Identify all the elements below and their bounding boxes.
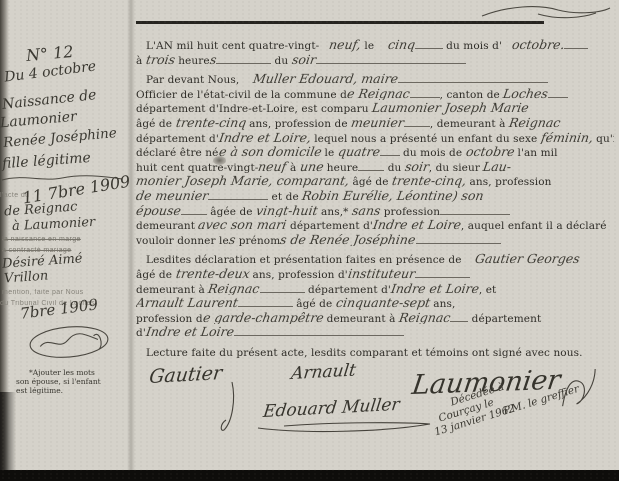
printed-text: âgé de bbox=[136, 269, 176, 281]
blank-flourish bbox=[234, 325, 404, 336]
handwritten-entry: Indre et Loire bbox=[372, 218, 462, 232]
handwritten-entry: cinq bbox=[376, 38, 416, 52]
act-line: demeurant avec son mari département d'In… bbox=[136, 217, 614, 232]
blank-flourish bbox=[416, 233, 501, 244]
blank-flourish bbox=[564, 38, 588, 49]
footnote-line: son épouse, si l'enfant bbox=[16, 377, 124, 386]
printed-text: qu'il a bbox=[593, 133, 614, 145]
mention-stamp-mention: mention, faite par Nous bbox=[2, 289, 84, 296]
blank-flourish bbox=[440, 204, 510, 215]
handwritten-entry: Reignac bbox=[508, 116, 562, 130]
blank-flourish bbox=[450, 311, 468, 322]
signature-witness-arnault: Arnault bbox=[290, 360, 357, 384]
printed-text: Officier de l'état-civil de la commune d bbox=[136, 89, 347, 101]
handwritten-entry: Reignac bbox=[398, 311, 452, 325]
footnote-line: *Ajouter les mots bbox=[16, 368, 124, 377]
printed-text: L'AN mil huit cent quatre-vingt- bbox=[146, 40, 319, 52]
handwritten-entry: neuf bbox=[257, 160, 288, 174]
blank-flourish bbox=[404, 116, 430, 127]
handwritten-entry: quatre bbox=[336, 145, 380, 159]
printed-text: ans, bbox=[430, 298, 456, 310]
handwritten-entry: monier Joseph Marie, comparant, bbox=[136, 174, 350, 188]
mention-name: à Laumonier bbox=[12, 215, 96, 234]
printed-text: heure bbox=[323, 162, 358, 174]
printed-text: département d'Indre-et-Loire, est compar… bbox=[136, 103, 372, 115]
signature-mayor-muller: Edouard Muller bbox=[262, 395, 401, 422]
printed-text: ans, profession bbox=[466, 176, 551, 188]
handwritten-entry: trente-deux bbox=[174, 267, 250, 281]
blank-flourish bbox=[238, 296, 293, 307]
handwritten-entry: Indre et Loire bbox=[145, 325, 235, 339]
handwritten-entry: Indre et Loire, bbox=[218, 131, 312, 145]
printed-text: et de bbox=[268, 191, 302, 203]
handwritten-entry: trente-cinq, bbox=[391, 174, 468, 188]
act-line: monier Joseph Marie, comparant, âgé de t… bbox=[136, 173, 614, 188]
printed-text: département d' bbox=[305, 284, 391, 296]
printed-text: déclaré être né bbox=[136, 147, 219, 159]
blank-flourish bbox=[380, 145, 400, 156]
blank-flourish bbox=[398, 72, 548, 83]
printed-text: du bbox=[271, 55, 292, 67]
ink-blot bbox=[213, 156, 226, 165]
printed-text: âgé de bbox=[293, 298, 336, 310]
blank-flourish bbox=[415, 267, 470, 278]
printed-text: ans,* bbox=[318, 206, 352, 218]
printed-text: , demeurant à bbox=[430, 118, 509, 130]
handwritten-entry: s bbox=[209, 53, 218, 67]
handwritten-entry: Arnault Laurent bbox=[136, 296, 239, 310]
handwritten-entry: neuf, bbox=[318, 38, 362, 52]
handwritten-entry: soir bbox=[290, 53, 316, 67]
handwritten-entry: Loches bbox=[502, 87, 549, 101]
footnote-line: est légitime. bbox=[16, 386, 124, 395]
handwritten-entry: s de Renée Joséphine bbox=[279, 233, 417, 247]
mention-stamp-struck-1: la naissance en marge bbox=[2, 236, 81, 243]
handwritten-entry: épouse bbox=[136, 204, 182, 218]
printed-text: huit cent quatre-vingt- bbox=[136, 162, 258, 174]
handwritten-entry: meunier bbox=[350, 116, 405, 130]
page-crease bbox=[127, 0, 135, 481]
handwritten-entry: octobre. bbox=[501, 38, 566, 52]
handwritten-entry: instituteur bbox=[347, 267, 416, 281]
handwritten-entry: e à son domicile bbox=[217, 145, 322, 159]
act-line: Lecture faite du présent acte, lesdits c… bbox=[136, 344, 614, 359]
printed-text: l'an mil bbox=[514, 147, 558, 159]
margin-signature-flourish bbox=[26, 319, 111, 366]
printed-text: , auquel enfant il a déclaré bbox=[461, 220, 607, 232]
printed-text: prénom bbox=[235, 235, 280, 247]
blank-flourish bbox=[216, 53, 271, 64]
handwritten-entry: trois bbox=[145, 53, 176, 67]
act-line: épouse âgée de vingt-huit ans,* sans pro… bbox=[136, 203, 614, 218]
handwritten-entry: de meunier bbox=[136, 189, 209, 203]
act-line: demeurant à Reignac département d'Indre … bbox=[136, 281, 614, 296]
printed-text: , du sieur bbox=[429, 162, 484, 174]
act-line: L'AN mil huit cent quatre-vingt-neuf, le… bbox=[136, 37, 614, 52]
blank-flourish bbox=[548, 87, 568, 98]
gautier-signature-tail bbox=[218, 382, 238, 434]
act-line: département d'Indre-et-Loire, est compar… bbox=[136, 100, 614, 115]
handwritten-entry: Gautier Georges bbox=[464, 252, 581, 266]
printed-text: Lecture faite du présent acte, lesdits c… bbox=[146, 347, 583, 359]
binding-shadow-bottom-left bbox=[0, 392, 16, 470]
printed-text: département d' bbox=[136, 133, 219, 145]
printed-text: demeurant à bbox=[136, 284, 208, 296]
act-line: vouloir donner les prénoms de Renée José… bbox=[136, 232, 614, 247]
printed-text: âgée de bbox=[207, 206, 256, 218]
handwritten-entry: vingt-huit bbox=[255, 204, 319, 218]
printed-text: profession bbox=[380, 206, 440, 218]
act-line: d'Indre et Loire bbox=[136, 324, 614, 339]
printed-text: ans, profession de bbox=[246, 118, 351, 130]
printed-text: demeurant à bbox=[323, 313, 399, 325]
handwritten-entry: Indre et Loire bbox=[390, 282, 480, 296]
handwritten-entry: une bbox=[299, 160, 325, 174]
blank-flourish bbox=[415, 38, 443, 49]
act-line: déclaré être née à son domicile le quatr… bbox=[136, 144, 614, 159]
handwritten-entry: féminin, bbox=[540, 131, 594, 145]
scanned-birth-record: N° 12 Du 4 octobre Naissance de Laumonie… bbox=[0, 0, 619, 481]
printed-text: âgé de bbox=[349, 176, 392, 188]
printed-text: âgé de bbox=[136, 118, 176, 130]
printed-text: du mois d' bbox=[443, 40, 502, 52]
act-body: L'AN mil huit cent quatre-vingt-neuf, le… bbox=[136, 37, 614, 358]
margin-surname: Laumonier bbox=[0, 109, 77, 132]
margin-status: fille légitime bbox=[2, 150, 92, 172]
blank-flourish bbox=[358, 160, 384, 171]
printed-text: Par devant Nous, bbox=[146, 74, 243, 86]
blank-flourish bbox=[181, 204, 207, 215]
act-line: Par devant Nous, Muller Edouard, maire bbox=[136, 71, 614, 86]
act-line: âgé de trente-deux ans, profession d'ins… bbox=[136, 266, 614, 281]
printed-text: demeurant bbox=[136, 220, 198, 232]
act-line: Officier de l'état-civil de la commune d… bbox=[136, 86, 614, 101]
handwritten-entry: Muller Edouard, maire bbox=[241, 72, 398, 86]
printed-text: du bbox=[384, 162, 405, 174]
handwritten-entry: e Reignac bbox=[346, 87, 411, 101]
blank-flourish bbox=[260, 282, 305, 293]
blank-flourish bbox=[208, 189, 268, 200]
handwritten-entry: avec son mari bbox=[197, 218, 288, 232]
handwritten-entry: cinquante-sept bbox=[335, 296, 432, 310]
handwritten-entry: sans bbox=[351, 204, 382, 218]
signature-witness-gautier: Gautier bbox=[148, 362, 223, 388]
printed-text: département bbox=[468, 313, 541, 325]
printed-text: le bbox=[321, 147, 338, 159]
act-line: profession de garde-champêtre demeurant … bbox=[136, 310, 614, 325]
printed-text: heure bbox=[175, 55, 210, 67]
act-line: de meunier et de Robin Eurélie, Léontine… bbox=[136, 188, 614, 203]
printed-text: , et bbox=[479, 284, 497, 296]
act-line: âgé de trente-cinq ans, profession de me… bbox=[136, 115, 614, 130]
printed-text: à bbox=[287, 162, 300, 174]
printed-text: département d' bbox=[287, 220, 373, 232]
handwritten-entry: trente-cinq bbox=[174, 116, 247, 130]
act-line: Lesdites déclaration et présentation fai… bbox=[136, 251, 614, 266]
blank-flourish bbox=[316, 53, 466, 64]
printed-text: du mois de bbox=[400, 147, 466, 159]
handwritten-entry: Laumonier Joseph Marie bbox=[371, 101, 530, 115]
act-line: département d'Indre et Loire, lequel nou… bbox=[136, 130, 614, 145]
margin-nature: Naissance de bbox=[1, 87, 97, 113]
act-line: à trois heures du soir bbox=[136, 52, 614, 67]
handwritten-entry: soir bbox=[404, 160, 430, 174]
handwritten-entry: Robin Eurélie, Léontine) son bbox=[301, 189, 485, 203]
blank-flourish bbox=[410, 87, 440, 98]
handwritten-entry: Lau- bbox=[482, 160, 512, 174]
printed-text: le bbox=[361, 40, 378, 52]
printed-text: vouloir donner le bbox=[136, 235, 229, 247]
printed-text: Lesdites déclaration et présentation fai… bbox=[146, 254, 465, 266]
printed-text: , canton de bbox=[440, 89, 504, 101]
printed-text: profession d bbox=[136, 313, 203, 325]
handwritten-entry: e garde-champêtre bbox=[201, 311, 324, 325]
pen-flourish-icon bbox=[478, 2, 614, 22]
handwritten-entry: Reignac bbox=[207, 282, 261, 296]
act-line: Arnault Laurent âgé de cinquante-sept an… bbox=[136, 295, 614, 310]
mention-spouse-surname: Vrillon bbox=[4, 268, 49, 286]
printed-text: ans, profession d' bbox=[249, 269, 348, 281]
handwritten-entry: octobre bbox=[464, 145, 515, 159]
act-line: huit cent quatre-vingt-neuf à une heure … bbox=[136, 159, 614, 174]
printed-footnote: *Ajouter les mots son épouse, si l'enfan… bbox=[16, 368, 124, 395]
scan-bottom-black-bar bbox=[0, 470, 619, 481]
mayor-signature-swoosh bbox=[254, 420, 440, 434]
printed-text: lequel nous a présenté un enfant du sexe bbox=[311, 133, 541, 145]
